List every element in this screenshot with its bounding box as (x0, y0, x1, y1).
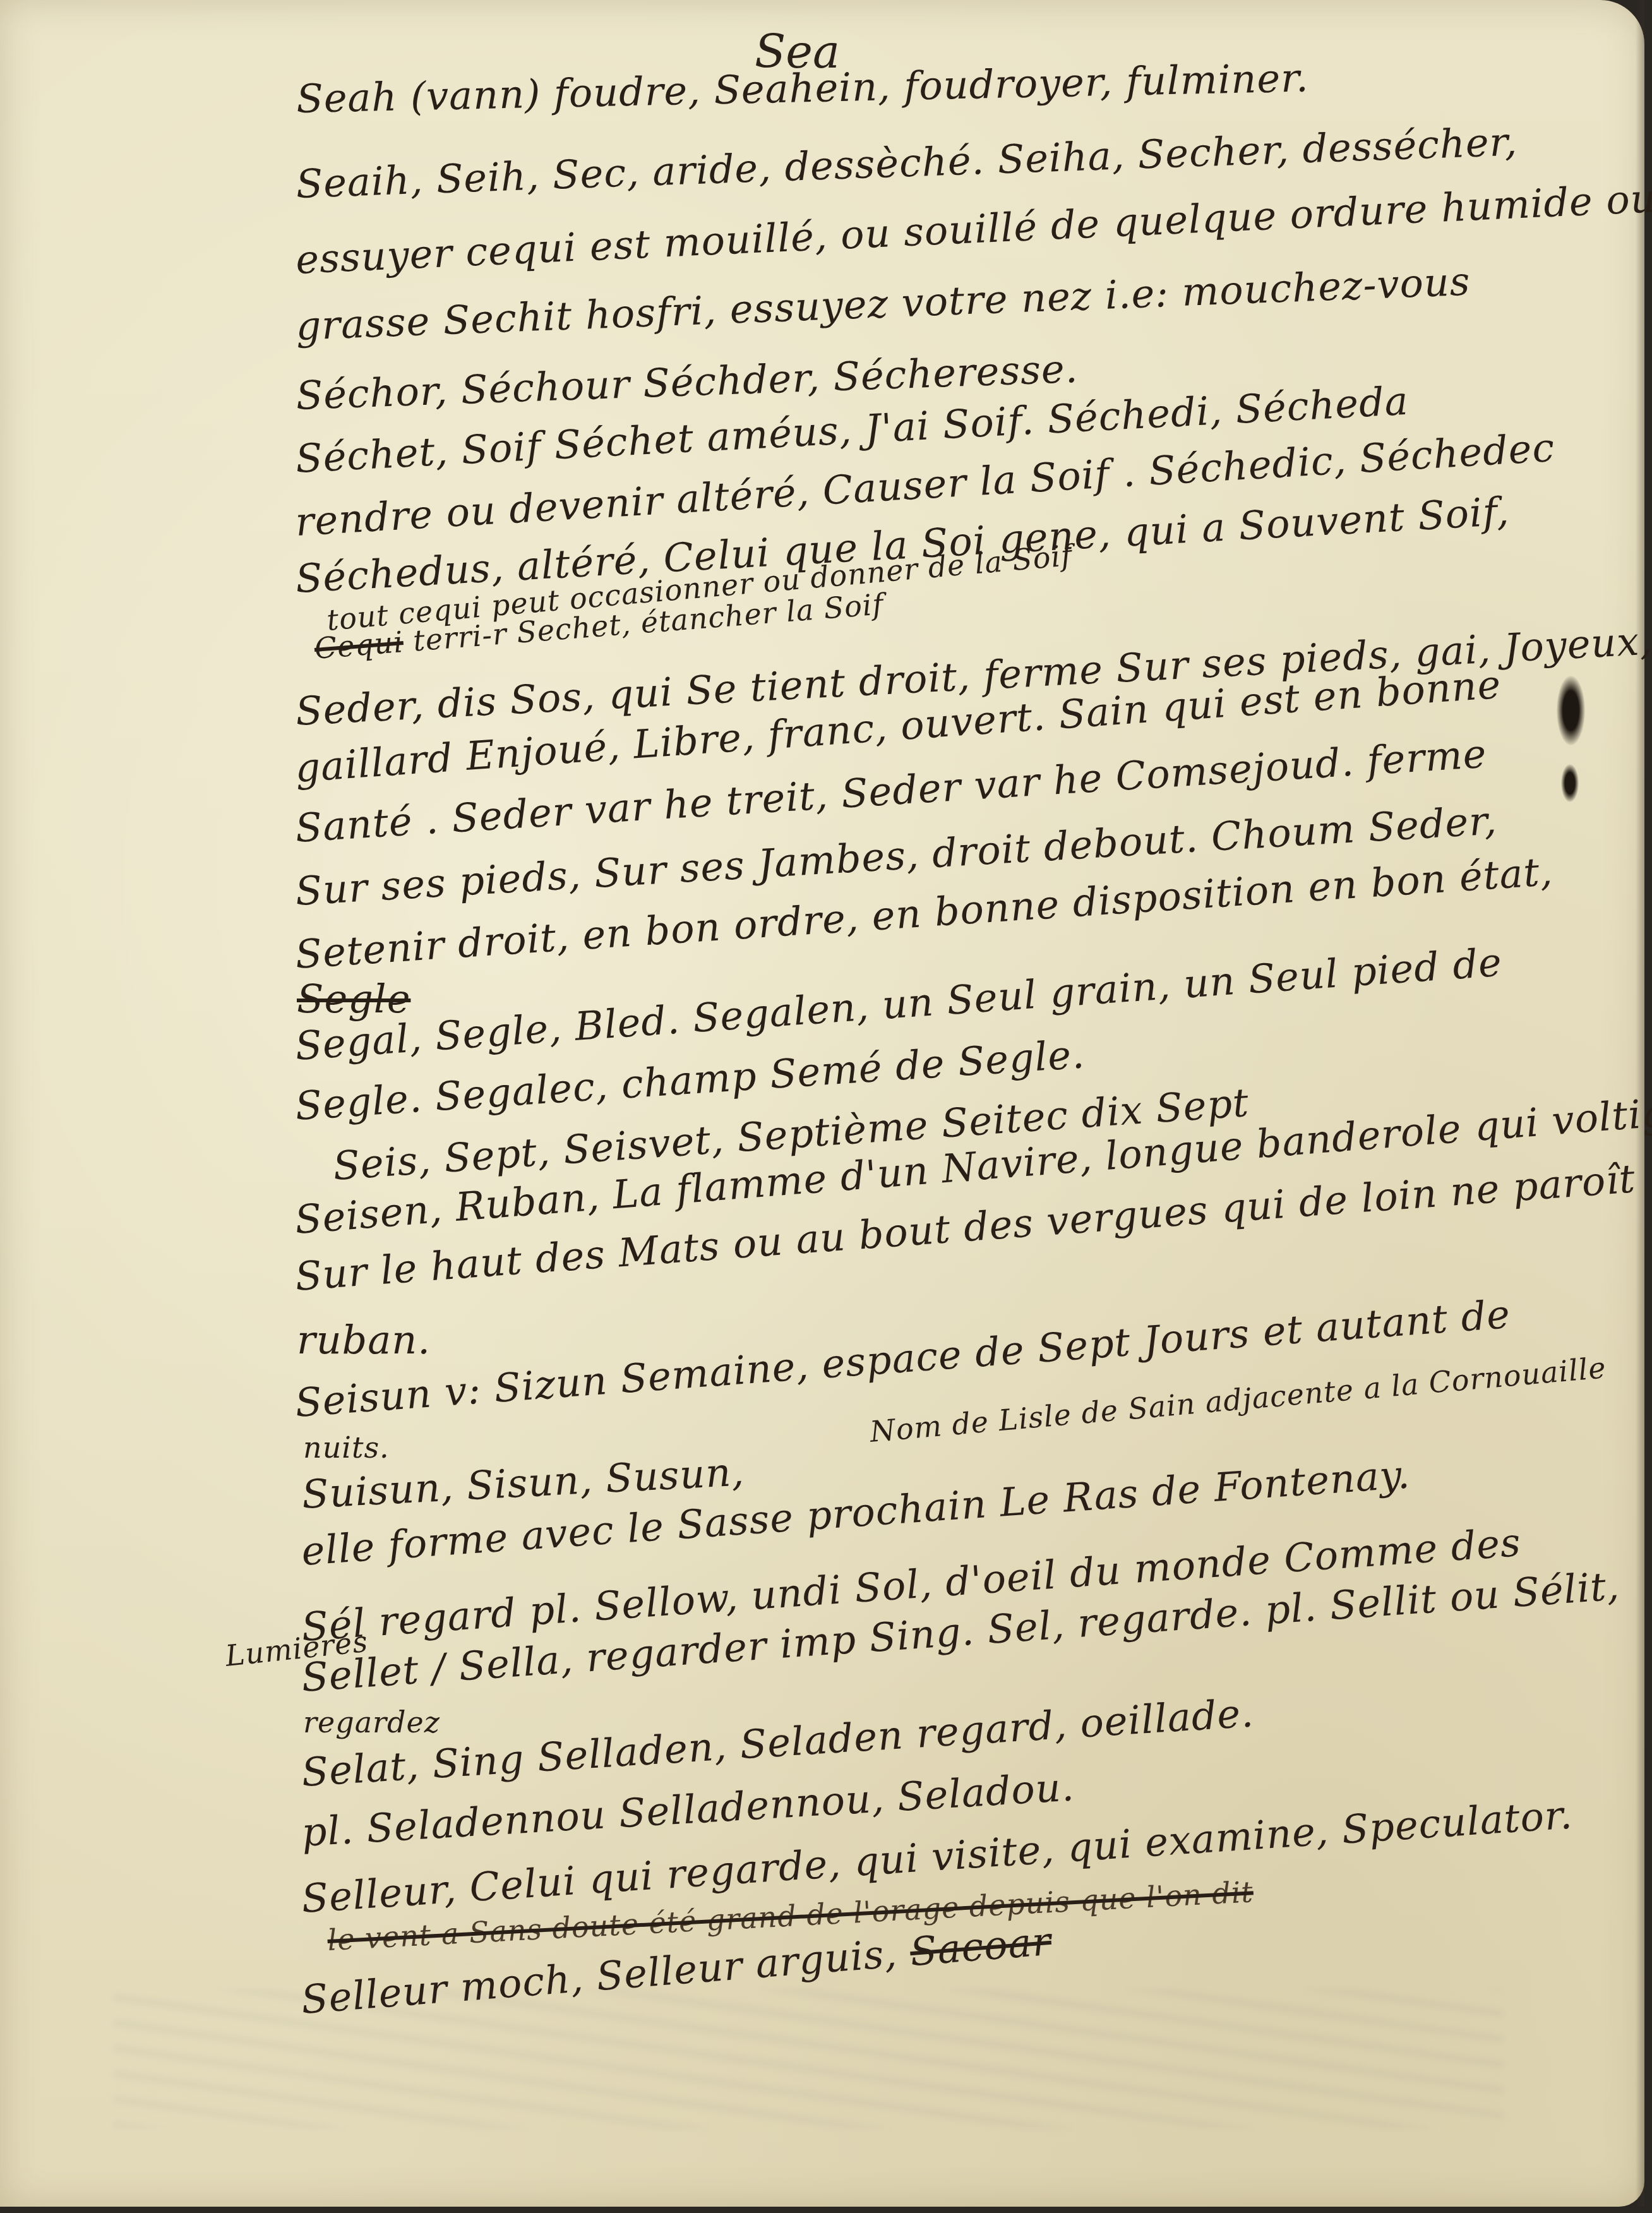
struck-text: Sacoar (908, 1918, 1053, 1975)
manuscript-page: Sea Seah (vann) foudre, Seahein, foudroy… (0, 0, 1644, 2207)
ink-blot (1557, 676, 1585, 745)
entry-line: Selat, Sing Selladen, Seladen regard, oe… (300, 1689, 1255, 1796)
struck-text: Segle (297, 976, 410, 1022)
entry-line: nuits. (303, 1430, 390, 1465)
entry-line: regardez (303, 1705, 440, 1739)
entry-line: ruban. (297, 1317, 431, 1363)
entry-line-struck: Segle (297, 976, 410, 1022)
ink-blot (1561, 764, 1579, 802)
entry-line: Seah (vann) foudre, Seahein, foudroyer, … (296, 54, 1309, 122)
struck-text: Cequi (313, 625, 405, 666)
